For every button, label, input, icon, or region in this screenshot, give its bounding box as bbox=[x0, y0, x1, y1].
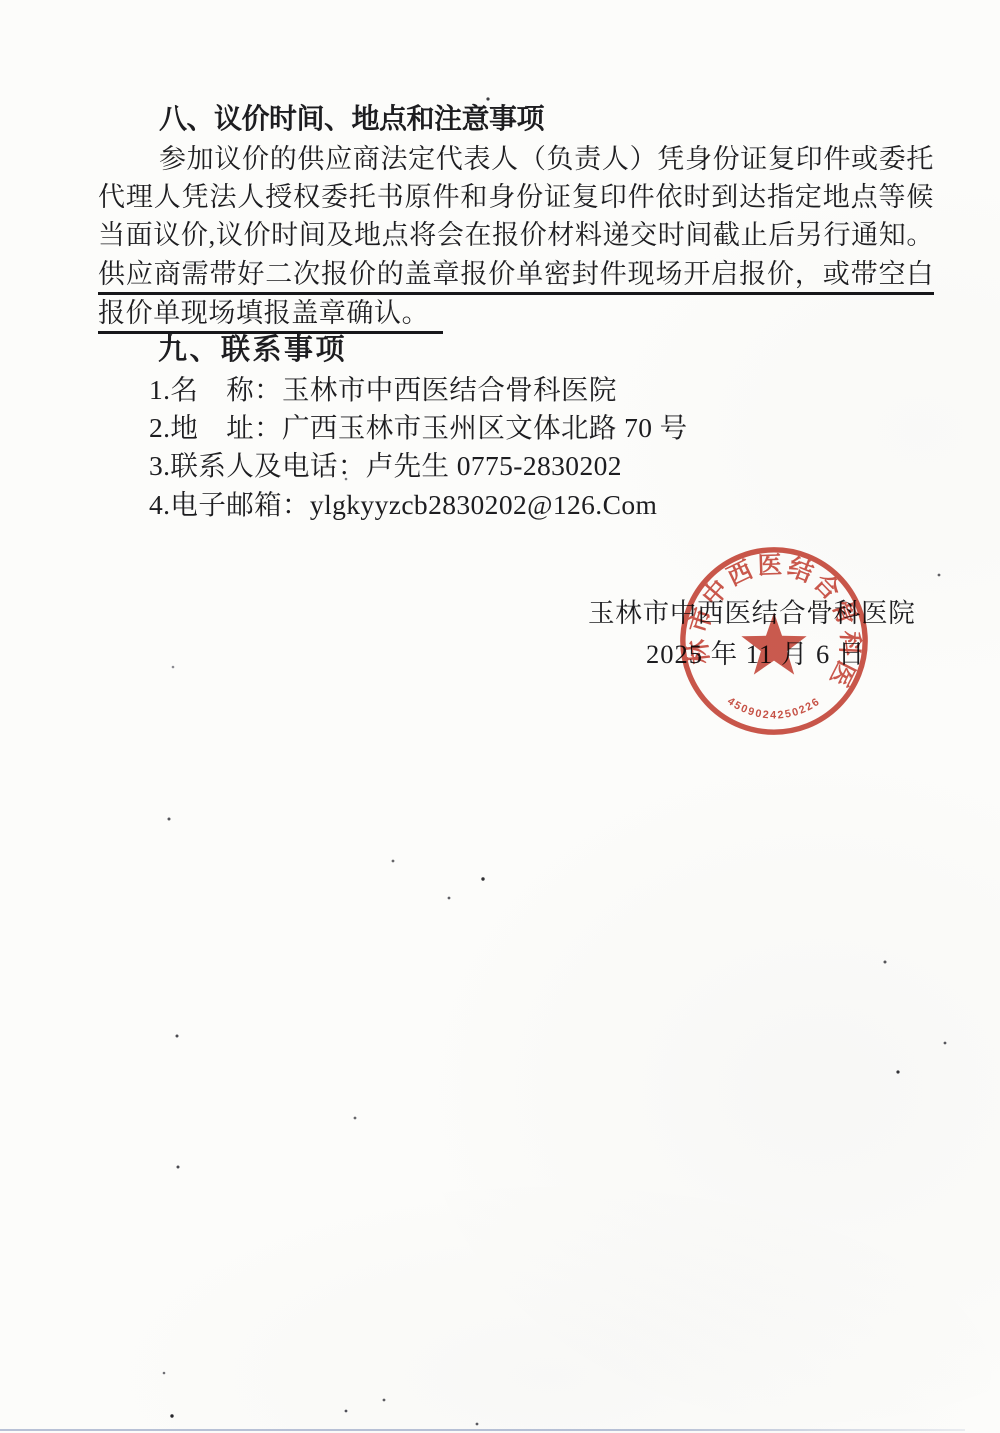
official-seal-stamp: 玉林市中西医结合骨科医院 4509024250226 bbox=[676, 543, 872, 739]
scanned-document-page: 八、议价时间、地点和注意事项 参加议价的供应商法定代表人（负责人）凭身份证复印件… bbox=[0, 0, 1000, 1433]
section-9-heading: 九、联系事项 bbox=[158, 333, 347, 367]
seal-star-icon bbox=[741, 613, 806, 675]
svg-text:4509024250226: 4509024250226 bbox=[725, 695, 823, 721]
seal-code-text: 4509024250226 bbox=[725, 695, 823, 721]
scan-noise-specks bbox=[0, 0, 2, 2]
underlined-line-2: 报价单现场填报盖章确认。 bbox=[98, 296, 443, 334]
contact-email-line: 4.电子邮箱：ylgkyyzcb2830202@126.Com bbox=[149, 487, 657, 523]
section-8-heading: 八、议价时间、地点和注意事项 bbox=[159, 102, 544, 136]
underlined-line-1: 供应商需带好二次报价的盖章报价单密封件现场开启报价，或带空白 bbox=[98, 257, 934, 295]
paragraph-line-3: 当面议价,议价时间及地点将会在报价材料递交时间截止后另行通知。 bbox=[98, 218, 934, 253]
contact-address-line: 2.地 址：广西玉林市玉州区文体北路 70 号 bbox=[149, 410, 688, 446]
contact-name-line: 1.名 称：玉林市中西医结合骨科医院 bbox=[149, 372, 617, 408]
paragraph-line-2: 代理人凭法人授权委托书原件和身份证复印件依时到达指定地点等候 bbox=[98, 180, 934, 215]
scan-edge-line bbox=[0, 1429, 965, 1431]
paragraph-line-1: 参加议价的供应商法定代表人（负责人）凭身份证复印件或委托 bbox=[98, 142, 934, 177]
contact-phone-line: 3.联系人及电话：卢先生 0775-2830202 bbox=[149, 448, 622, 484]
